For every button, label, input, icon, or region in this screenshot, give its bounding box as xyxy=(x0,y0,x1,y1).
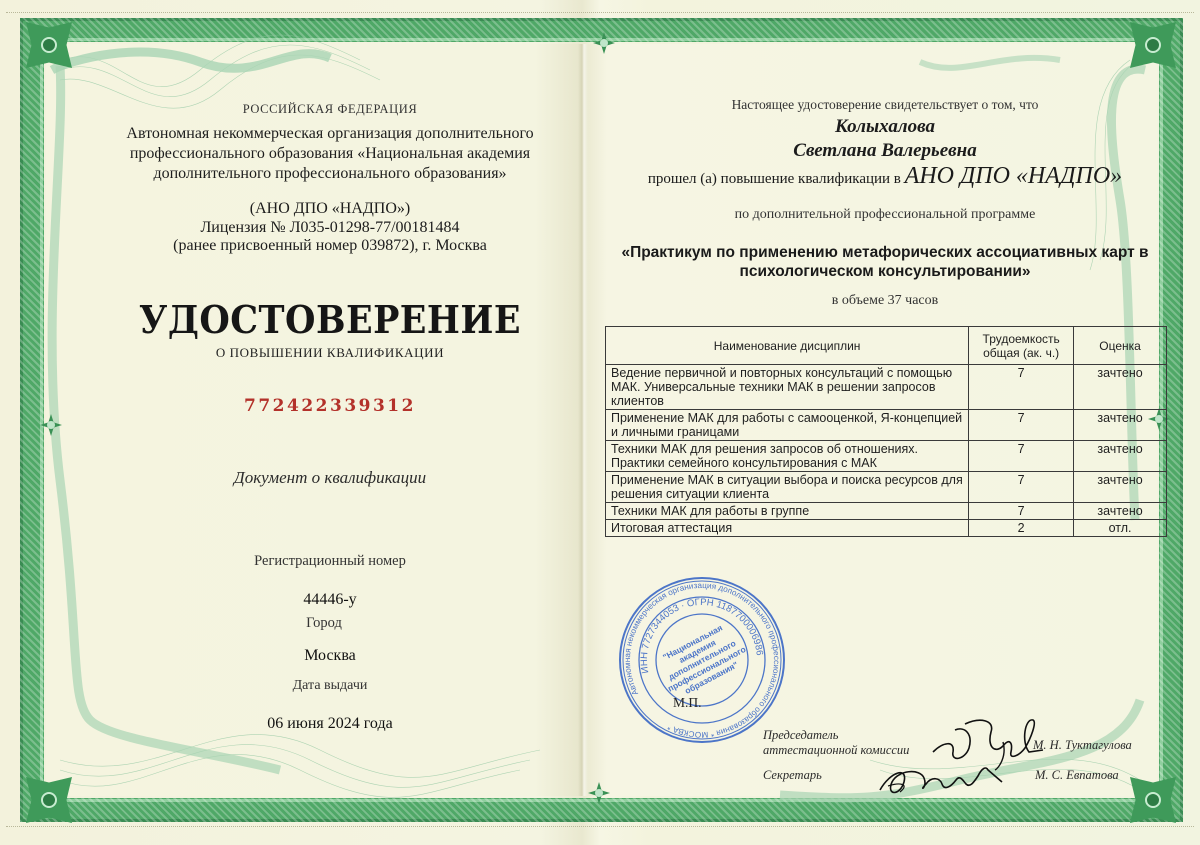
issue-date-label: Дата выдачи xyxy=(80,678,580,694)
hours-cell: 7 xyxy=(969,441,1074,472)
registration-number-label: Регистрационный номер xyxy=(80,553,580,570)
secretary-signature xyxy=(870,752,1010,802)
secretary-name: М. С. Евпатова xyxy=(1035,768,1119,783)
program-title: «Практикум по применению метафорических … xyxy=(600,243,1170,281)
grade-cell: зачтено xyxy=(1074,365,1167,410)
grade-cell: зачтено xyxy=(1074,410,1167,441)
corner-ornament-bottom-left xyxy=(26,777,72,823)
city-value: Москва xyxy=(80,647,580,665)
secretary-role: Секретарь xyxy=(763,768,822,783)
disciplines-table: Наименование дисциплин Трудоемкость обща… xyxy=(605,326,1167,537)
grade-cell: зачтено xyxy=(1074,441,1167,472)
table-row: Техники МАК для работы в группе7зачтено xyxy=(606,503,1167,520)
stamp-place-label: М.П. xyxy=(673,695,702,711)
discipline-name-cell: Ведение первичной и повторных консультац… xyxy=(606,365,969,410)
program-label: по дополнительной профессиональной прогр… xyxy=(600,207,1170,223)
previous-license-number: (ранее присвоенный номер 039872), г. Мос… xyxy=(80,237,580,255)
corner-ornament-bottom-right xyxy=(1130,777,1176,823)
registration-number: 44446-у xyxy=(80,591,580,609)
hours-cell: 2 xyxy=(969,520,1074,537)
city-label: Город xyxy=(74,615,574,632)
license-number: Лицензия № Л035-01298-77/00181484 xyxy=(80,219,580,237)
holder-surname: Колыхалова xyxy=(600,116,1170,138)
hours-cell: 7 xyxy=(969,503,1074,520)
completion-organization: АНО ДПО «НАДПО» xyxy=(905,163,1123,189)
document-title: УДОСТОВЕРЕНИЕ xyxy=(100,297,560,342)
holder-given-names: Светлана Валерьевна xyxy=(600,140,1170,162)
country-heading: РОССИЙСКАЯ ФЕДЕРАЦИЯ xyxy=(80,102,580,117)
completion-statement: прошел (а) повышение квалификации в АНО … xyxy=(600,163,1170,190)
table-row: Применение МАК для работы с самооценкой,… xyxy=(606,410,1167,441)
column-header-discipline: Наименование дисциплин xyxy=(606,327,969,365)
certification-intro: Настоящее удостоверение свидетельствует … xyxy=(600,97,1170,113)
corner-ornament-top-right xyxy=(1130,22,1176,68)
official-seal-stamp: Автономная некоммерческая организация до… xyxy=(617,575,787,745)
document-type: Документ о квалификации xyxy=(80,468,580,488)
grade-cell: зачтено xyxy=(1074,472,1167,503)
discipline-name-cell: Техники МАК для решения запросов об отно… xyxy=(606,441,969,472)
hours-cell: 7 xyxy=(969,472,1074,503)
chair-name: М. Н. Туктагулова xyxy=(1033,738,1132,753)
table-row: Применение МАК в ситуации выбора и поиск… xyxy=(606,472,1167,503)
table-header-row: Наименование дисциплин Трудоемкость обща… xyxy=(606,327,1167,365)
column-header-hours: Трудоемкость общая (ак. ч.) xyxy=(969,327,1074,365)
document-subtitle: О ПОВЫШЕНИИ КВАЛИФИКАЦИИ xyxy=(80,345,580,361)
organization-short-name: (АНО ДПО «НАДПО») xyxy=(80,200,580,218)
discipline-name-cell: Применение МАК для работы с самооценкой,… xyxy=(606,410,969,441)
corner-ornament-top-left xyxy=(26,22,72,68)
grade-cell: отл. xyxy=(1074,520,1167,537)
discipline-name-cell: Применение МАК в ситуации выбора и поиск… xyxy=(606,472,969,503)
program-volume: в объеме 37 часов xyxy=(600,293,1170,309)
hours-cell: 7 xyxy=(969,365,1074,410)
organization-name: Автономная некоммерческая организация до… xyxy=(80,124,580,184)
discipline-name-cell: Техники МАК для работы в группе xyxy=(606,503,969,520)
table-row: Ведение первичной и повторных консультац… xyxy=(606,365,1167,410)
grade-cell: зачтено xyxy=(1074,503,1167,520)
serial-number: 772422339312 xyxy=(80,396,580,416)
hours-cell: 7 xyxy=(969,410,1074,441)
discipline-name-cell: Итоговая аттестация xyxy=(606,520,969,537)
issue-date: 06 июня 2024 года xyxy=(80,715,580,733)
column-header-grade: Оценка xyxy=(1074,327,1167,365)
table-row: Техники МАК для решения запросов об отно… xyxy=(606,441,1167,472)
table-row: Итоговая аттестация2отл. xyxy=(606,520,1167,537)
